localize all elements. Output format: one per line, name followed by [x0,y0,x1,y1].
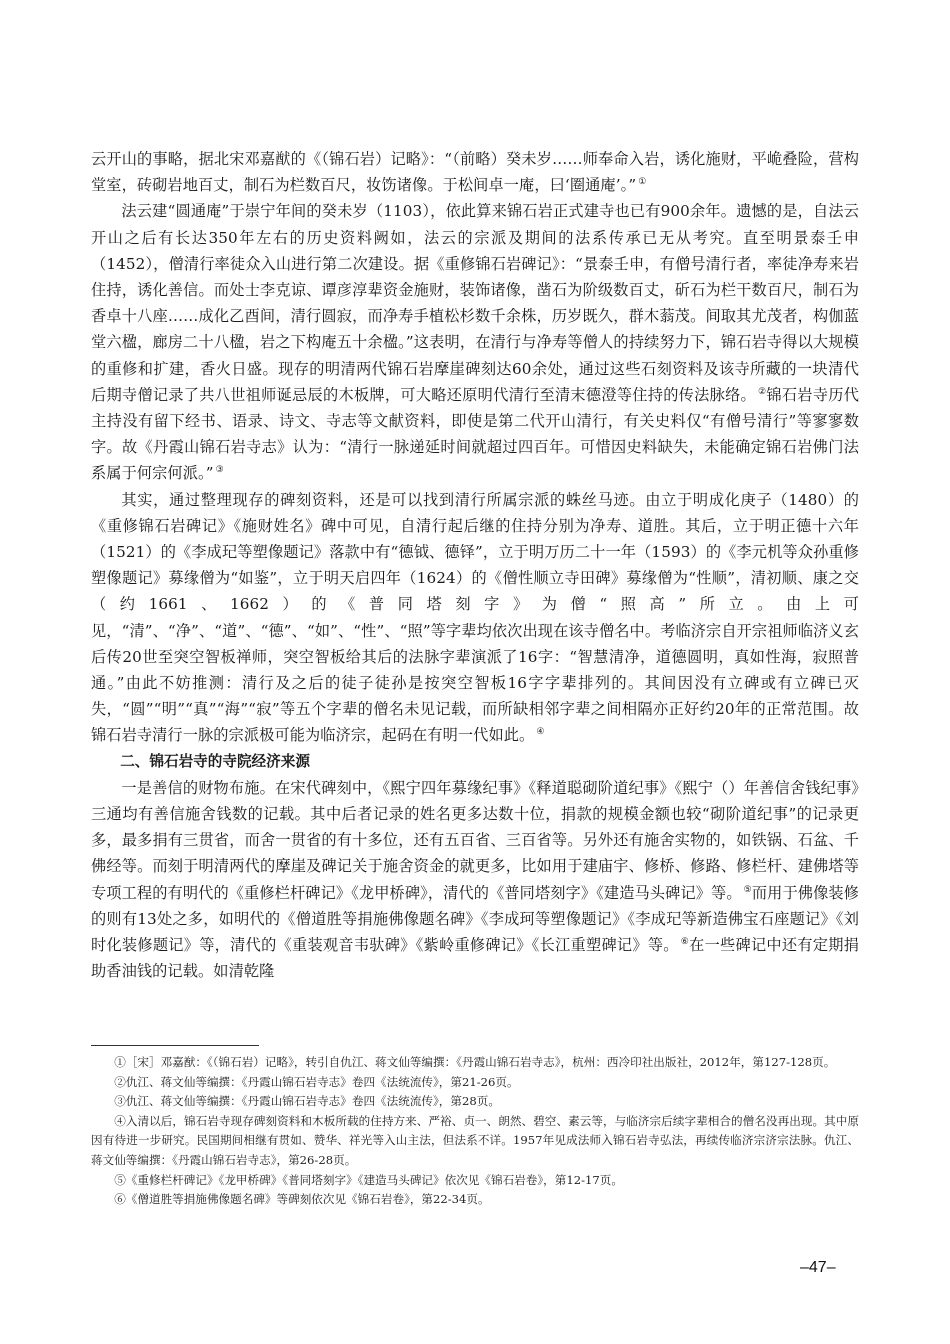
body-paragraph-1: 云开山的事略，据北宋邓嘉猷的《（锦石岩）记略》：“（前略）癸未岁……师奉命入岩，… [91,146,859,198]
section-heading: 二、锦石岩寺的寺院经济来源 [91,749,859,775]
footnote-ref-3[interactable]: ③ [216,465,224,475]
footnote-6: ⑥《僧道胜等捐施佛像题名碑》等碑刻依次见《锦石岩卷》，第22-34页。 [91,1190,859,1210]
footnote-4: ④入清以后，锦石岩寺现存碑刻资料和木板所载的住持方来、严裕、贞一、朗然、碧空、素… [91,1112,859,1171]
body-paragraph-4: 一是善信的财物布施。在宋代碑刻中，《熙宁四年募缘纪事》《释道聪砌阶道纪事》《熙宁… [91,775,859,985]
footnote-ref-4[interactable]: ④ [536,727,544,737]
page-number: –47– [800,1259,836,1277]
body-paragraph-2: 法云建“圆通庵”于崇宁年间的癸未岁（1103），依此算来锦石岩正式建寺也已有90… [91,198,859,486]
footnote-5: ⑤《重修栏杆碑记》《龙甲桥碑》《普同塔刻字》《建造马头碑记》依次见《锦石岩卷》，… [91,1171,859,1191]
footnote-ref-6[interactable]: ⑥ [681,937,689,947]
footnote-3: ③仇江、蒋文仙等编撰：《丹霞山锦石岩寺志》卷四《法统流传》，第28页。 [91,1092,859,1112]
article-body: 云开山的事略，据北宋邓嘉猷的《（锦石岩）记略》：“（前略）癸未岁……师奉命入岩，… [91,146,859,985]
footnote-2: ②仇江、蒋文仙等编撰：《丹霞山锦石岩寺志》卷四《法统流传》，第21-26页。 [91,1073,859,1093]
footnote-ref-1[interactable]: ① [638,177,646,187]
footnote-ref-5[interactable]: ⑤ [744,885,752,895]
body-paragraph-3: 其实，通过整理现存的碑刻资料，还是可以找到清行所属宗派的蛛丝马迹。由立于明成化庚… [91,487,859,749]
footnotes: ①［宋］邓嘉猷：《（锦石岩）记略》，转引自仇江、蒋文仙等编撰：《丹霞山锦石岩寺志… [91,1053,859,1210]
footnote-divider [91,1045,259,1046]
footnote-1: ①［宋］邓嘉猷：《（锦石岩）记略》，转引自仇江、蒋文仙等编撰：《丹霞山锦石岩寺志… [91,1053,859,1073]
